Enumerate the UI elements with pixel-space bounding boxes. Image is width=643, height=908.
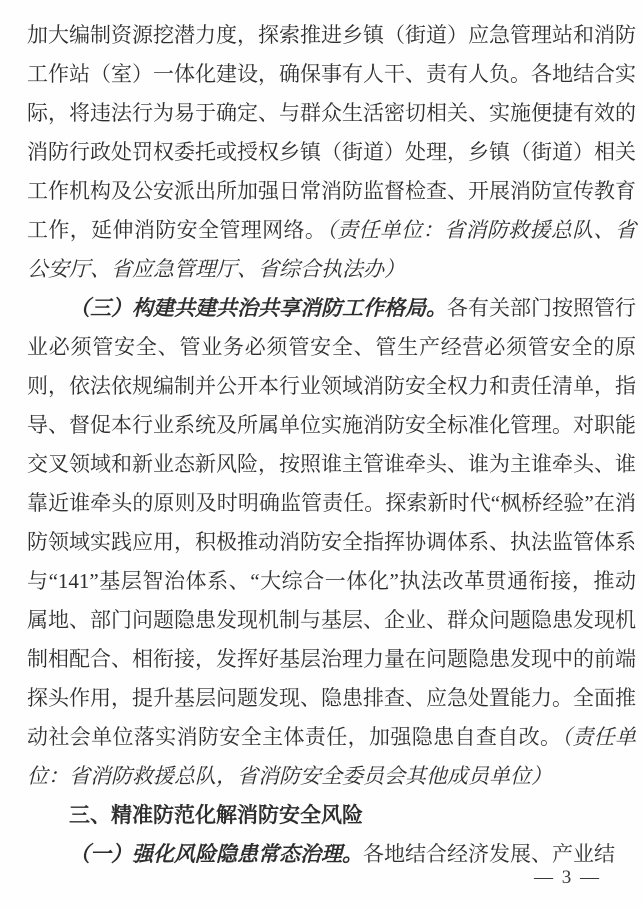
document-body: 加大编制资源挖潜力度，探索推进乡镇（街道）应急管理站和消防工作站（室）一体化建设… xyxy=(27,16,636,874)
text-run-hei-bold: 三、精准防范化解消防安全风险 xyxy=(69,804,363,827)
text-run-song: 各有关部门按照管行业必须管安全、管业务必须管安全、管生产经营必须管安全的原则，依… xyxy=(27,296,636,749)
text-run-kai-bold: （三）构建共建共治共享消防工作格局。 xyxy=(69,296,447,320)
para-item-three: （三）构建共建共治共享消防工作格局。各有关部门按照管行业必须管安全、管业务必须管… xyxy=(27,289,636,796)
page-number: — 3 — xyxy=(534,866,601,890)
heading-section-three: 三、精准防范化解消防安全风险 xyxy=(27,796,636,835)
document-page: 加大编制资源挖潜力度，探索推进乡镇（街道）应急管理站和消防工作站（室）一体化建设… xyxy=(0,0,643,908)
text-run-kai-bold: （一）强化风险隐患常态治理。 xyxy=(69,842,363,866)
text-run-song: 各地结合经济发展、产业结 xyxy=(363,842,615,866)
para-continuation: 加大编制资源挖潜力度，探索推进乡镇（街道）应急管理站和消防工作站（室）一体化建设… xyxy=(27,16,636,289)
text-run-song: 加大编制资源挖潜力度，探索推进乡镇（街道）应急管理站和消防工作站（室）一体化建设… xyxy=(27,23,636,242)
